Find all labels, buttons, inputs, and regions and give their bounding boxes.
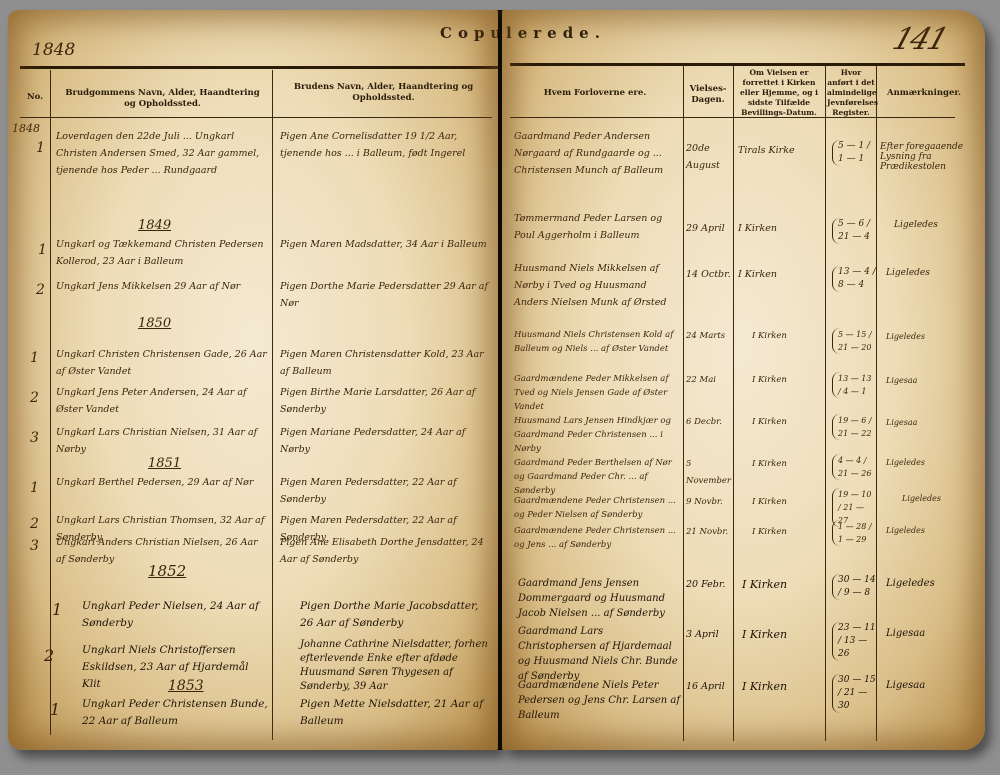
- header-register: Hvor anført i det almindelige Jevnførels…: [827, 68, 875, 118]
- wedding-place: I Kirken: [752, 328, 822, 345]
- remark-entry: Ligeledes: [902, 494, 972, 503]
- wedding-place: I Kirken: [742, 678, 822, 695]
- wedding-date: 21 Novbr.: [686, 524, 732, 541]
- column-divider-no: [50, 70, 51, 735]
- header-place-license: Om Vielsen er forrettet i Kirken eller H…: [736, 68, 822, 118]
- entry-number: 3: [30, 538, 39, 554]
- wedding-date: 16 April: [686, 678, 732, 695]
- column-divider-register-remarks: [876, 66, 877, 741]
- wedding-place: I Kirken: [738, 266, 824, 283]
- sponsors-entry: Gaardmand Peder Berthelsen af Nør og Gaa…: [514, 456, 680, 498]
- year-margin-1848: 1848: [12, 122, 40, 135]
- wedding-date: 5 November: [686, 456, 732, 490]
- wedding-date: 24 Marts: [686, 328, 732, 345]
- column-divider-date-place: [733, 66, 734, 741]
- header-bottom-rule: [20, 117, 492, 118]
- remark-entry: Ligesaa: [886, 680, 966, 691]
- register-reference: 30 — 14 / 9 — 8: [832, 574, 876, 600]
- groom-entry: Ungkarl Peder Nielsen, 24 Aar af Sønderb…: [82, 598, 270, 632]
- register-reference: 5 — 15 / 21 — 20: [832, 328, 876, 354]
- entry-number: 1: [36, 140, 45, 156]
- sponsors-entry: Gaardmand Lars Christophersen af Hjardem…: [518, 624, 682, 684]
- remark-entry: Ligeledes: [886, 458, 966, 467]
- remark-entry: Ligesaa: [886, 628, 966, 639]
- entry-number: 2: [30, 390, 39, 406]
- bride-entry: Johanne Cathrine Nielsdatter, forhen eft…: [300, 638, 492, 694]
- wedding-date: 14 Octbr.: [686, 266, 732, 283]
- wedding-place: I Kirken: [752, 456, 822, 473]
- wedding-date: 22 Mai: [686, 372, 732, 389]
- remark-entry: Ligeledes: [894, 220, 974, 230]
- year-heading-1851: 1851: [148, 456, 181, 471]
- register-reference: 19 — 6 / 21 — 22: [832, 414, 876, 440]
- remark-entry: Ligeledes: [886, 332, 966, 341]
- register-reference: 5 — 6 / 21 — 4: [832, 218, 876, 244]
- register-reference: 1 — 28 / 1 — 29: [832, 520, 876, 546]
- remark-entry: Ligesaa: [886, 418, 966, 427]
- remark-entry: Ligeledes: [886, 268, 966, 278]
- bride-entry: Pigen Ane Elisabeth Dorthe Jensdatter, 2…: [280, 534, 490, 568]
- sponsors-entry: Huusmand Niels Christensen Kold af Balle…: [514, 328, 680, 356]
- remark-entry: Ligeledes: [886, 578, 966, 589]
- bride-entry: Pigen Mariane Pedersdatter, 24 Aar af Nø…: [280, 424, 490, 458]
- column-divider-place-register: [825, 66, 826, 741]
- wedding-date: 6 Decbr.: [686, 414, 732, 431]
- entry-number: 1: [50, 700, 60, 719]
- sponsors-entry: Gaardmændene Peder Mikkelsen af Tved og …: [514, 372, 680, 414]
- column-divider-groom-bride: [272, 70, 273, 740]
- wedding-place: Tirals Kirke: [738, 142, 824, 159]
- header-top-rule: [510, 63, 965, 66]
- groom-entry: Ungkarl Lars Christian Nielsen, 31 Aar a…: [56, 424, 268, 458]
- sponsors-entry: Gaardmand Jens Jensen Dommergaard og Huu…: [518, 576, 682, 621]
- page-year: 1848: [32, 40, 75, 60]
- header-bride: Brudens Navn, Alder, Haandtering og Opho…: [286, 82, 481, 104]
- wedding-place: I Kirken: [752, 524, 822, 541]
- groom-entry: Ungkarl Christen Christensen Gade, 26 Aa…: [56, 346, 268, 380]
- header-wedding-day: Vielses-Dagen.: [685, 84, 731, 106]
- year-heading-1853: 1853: [168, 678, 204, 694]
- register-reference: 13 — 13 / 4 — 1: [832, 372, 876, 398]
- entry-number: 2: [30, 516, 39, 532]
- register-reference: 5 — 1 / 1 — 1: [832, 140, 876, 166]
- entry-number: 2: [44, 646, 54, 665]
- page-title-right: lerede.: [506, 24, 606, 42]
- folio-number: 141: [888, 22, 951, 57]
- wedding-place: I Kirken: [752, 494, 822, 511]
- sponsors-entry: Gaardmændene Peder Christensen ... og Pe…: [514, 494, 680, 522]
- sponsors-entry: Tømmermand Peder Larsen og Poul Aggerhol…: [514, 210, 680, 244]
- wedding-date: 29 April: [686, 220, 732, 237]
- entry-number: 1: [52, 600, 62, 619]
- remark-entry: Ligeledes: [886, 526, 966, 535]
- entry-number: 1: [30, 480, 39, 496]
- bride-entry: Pigen Ane Cornelisdatter 19 1/2 Aar, tje…: [280, 128, 490, 162]
- right-page: lerede. 141 Hvem Forloverne ere. Vielses…: [502, 10, 985, 750]
- wedding-place: I Kirken: [742, 576, 822, 593]
- entry-number: 1: [30, 350, 39, 366]
- register-reference: 4 — 4 / 21 — 26: [832, 454, 876, 480]
- header-groom: Brudgommens Navn, Alder, Haandtering og …: [60, 88, 265, 110]
- left-page: 1848 Copu No. Brudgommens Navn, Alder, H…: [8, 10, 498, 750]
- bride-entry: Pigen Maren Madsdatter, 34 Aar i Balleum: [280, 236, 490, 253]
- header-top-rule: [20, 66, 498, 69]
- sponsors-entry: Gaardmændene Peder Christensen ... og Je…: [514, 524, 680, 552]
- register-reference: 30 — 15 / 21 — 30: [832, 674, 876, 713]
- sponsors-entry: Huusmand Lars Jensen Hindkjær og Gaardma…: [514, 414, 680, 456]
- sponsors-entry: Gaardmændene Niels Peter Pedersen og Jen…: [518, 678, 682, 723]
- entry-number: 1: [38, 242, 47, 258]
- year-heading-1852: 1852: [148, 562, 186, 580]
- wedding-date: 20 Febr.: [686, 576, 732, 593]
- wedding-date: 3 April: [686, 626, 732, 643]
- wedding-place: I Kirken: [742, 626, 822, 643]
- remark-entry: Ligesaa: [886, 376, 966, 385]
- sponsors-entry: Gaardmand Peder Andersen Nørgaard af Run…: [514, 128, 680, 179]
- header-remarks: Anmærkninger.: [880, 88, 968, 99]
- bride-entry: Pigen Dorthe Marie Pedersdatter 29 Aar a…: [280, 278, 490, 312]
- sponsors-entry: Huusmand Niels Mikkelsen af Nørby i Tved…: [514, 260, 680, 311]
- groom-entry: Ungkarl og Tækkemand Christen Pedersen K…: [56, 236, 268, 270]
- year-heading-1850: 1850: [138, 316, 171, 331]
- bride-entry: Pigen Maren Christensdatter Kold, 23 Aar…: [280, 346, 490, 380]
- page-title-left: Copu: [440, 24, 498, 42]
- groom-entry: Ungkarl Jens Peter Andersen, 24 Aar af Ø…: [56, 384, 268, 418]
- register-reference: 13 — 4 / 8 — 4: [832, 266, 876, 292]
- groom-entry: Loverdagen den 22de Juli ... Ungkarl Chr…: [56, 128, 268, 179]
- wedding-place: I Kirken: [752, 372, 822, 389]
- header-sponsors: Hvem Forloverne ere.: [512, 88, 678, 99]
- year-heading-1849: 1849: [138, 218, 171, 233]
- bride-entry: Pigen Mette Nielsdatter, 21 Aar af Balle…: [300, 696, 490, 730]
- header-no: No.: [22, 92, 48, 103]
- wedding-date: 9 Novbr.: [686, 494, 732, 511]
- entry-number: 3: [30, 430, 39, 446]
- bride-entry: Pigen Dorthe Marie Jacobsdatter, 26 Aar …: [300, 598, 490, 632]
- bride-entry: Pigen Maren Pedersdatter, 22 Aar af Sønd…: [280, 474, 490, 508]
- register-reference: 23 — 11 / 13 — 26: [832, 622, 876, 661]
- remark-entry: Efter foregaaende Lysning fra Prædikesto…: [880, 142, 976, 172]
- wedding-place: I Kirken: [752, 414, 822, 431]
- column-divider-sponsors-date: [683, 66, 684, 741]
- groom-entry: Ungkarl Berthel Pedersen, 29 Aar af Nør: [56, 474, 268, 491]
- groom-entry: Ungkarl Jens Mikkelsen 29 Aar af Nør: [56, 278, 268, 295]
- groom-entry: Ungkarl Peder Christensen Bunde, 22 Aar …: [82, 696, 278, 730]
- wedding-date: 20de August: [686, 140, 732, 174]
- bride-entry: Pigen Birthe Marie Larsdatter, 26 Aar af…: [280, 384, 490, 418]
- wedding-place: I Kirken: [738, 220, 824, 237]
- entry-number: 2: [36, 282, 45, 298]
